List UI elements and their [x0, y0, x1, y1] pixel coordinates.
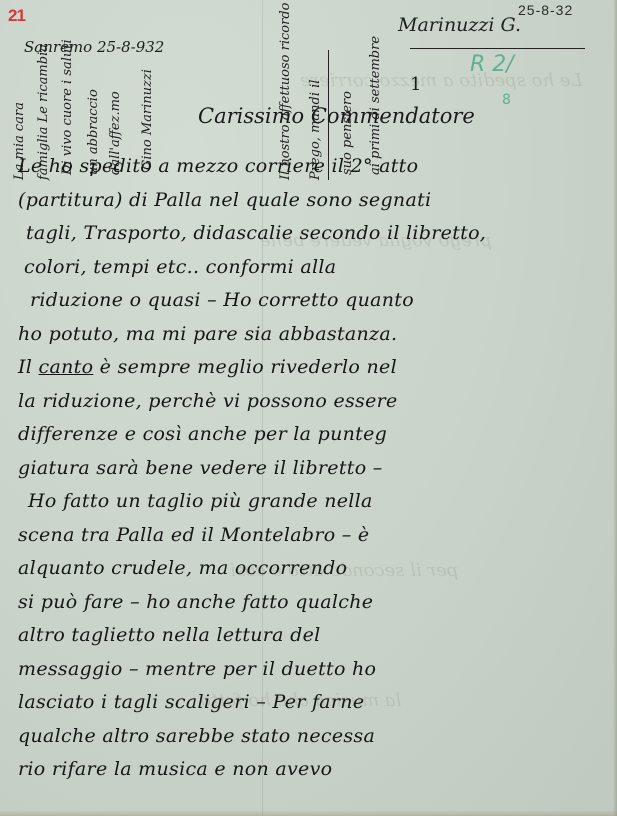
registry-stamp-number: 8	[502, 92, 511, 108]
underlined-word: canto	[39, 356, 94, 378]
letter-body: Le ho spedito a mezzo corriere il 2° att…	[18, 150, 608, 787]
sender-name: Marinuzzi G.	[398, 14, 521, 36]
paper-edge-bottom	[0, 810, 617, 816]
salutation: Carissimo Commendatore	[198, 104, 475, 128]
place-and-date: Sanremo 25-8-932	[24, 38, 164, 56]
body-line: si può fare – ho anche fatto qualche	[18, 586, 608, 620]
body-line: tagli, Trasporto, didascalie secondo il …	[18, 217, 608, 251]
body-line-prefix: Il	[18, 356, 39, 378]
body-line: ho potuto, ma mi pare sia abbastanza.	[18, 318, 608, 352]
body-line: Ho fatto un taglio più grande nella	[18, 485, 608, 519]
letter-page: Le ho spedito a mezzo corriere prego vog…	[0, 0, 617, 816]
paper-edge	[613, 0, 617, 816]
body-line: qualche altro sarebbe stato necessa	[18, 720, 608, 754]
body-line: altro taglietto nella lettura del	[18, 619, 608, 653]
body-line: rio rifare la musica e non avevo	[18, 753, 608, 787]
body-line: differenze e così anche per la punteg	[18, 418, 608, 452]
body-line: messaggio – mentre per il duetto ho	[18, 653, 608, 687]
body-line-underlined: Il canto è sempre meglio rivederlo nel	[18, 351, 608, 385]
top-note: ai primi di settembre	[368, 0, 383, 175]
body-line-suffix: è sempre meglio rivederlo nel	[93, 356, 397, 378]
place-date-text: Sanremo 25-8-932	[24, 38, 164, 56]
body-line: alquanto crudele, ma occorrendo	[18, 552, 608, 586]
sender-underline	[410, 48, 585, 49]
body-line: lasciato i tagli scaligeri – Per farne	[18, 686, 608, 720]
body-line: scena tra Palla ed il Montelabro – è	[18, 519, 608, 553]
body-line: Le ho spedito a mezzo corriere il 2° att…	[18, 150, 608, 184]
archive-number: 21	[8, 6, 25, 26]
archive-date: 25-8-32	[518, 2, 573, 18]
body-line: la riduzione, perchè vi possono essere	[18, 385, 608, 419]
registry-stamp: R 2/	[470, 52, 514, 77]
body-line: giatura sarà bene vedere il libretto –	[18, 452, 608, 486]
body-line: colori, tempi etc.. conformi alla	[18, 251, 608, 285]
body-line: (partitura) di Palla nel quale sono segn…	[18, 184, 608, 218]
body-line: riduzione o quasi – Ho corretto quanto	[18, 284, 608, 318]
page-number: 1	[410, 74, 421, 95]
